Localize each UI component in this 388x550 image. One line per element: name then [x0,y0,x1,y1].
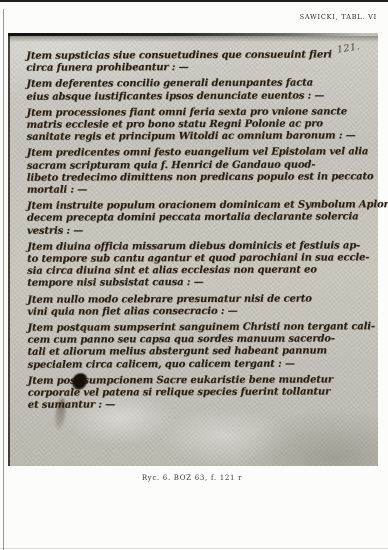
manuscript-line: vestris : — [37,224,371,238]
manuscript-line: corporale vel patena si relique species … [38,386,372,400]
manuscript-paragraph: Jtem deferentes concilio generali denunp… [26,78,370,104]
manuscript-paragraph: Jtem predicentes omni festo euangelium v… [27,147,371,197]
manuscript-line: tempore nisi subsistat causa : — [37,277,371,291]
manuscript-line: circa funera prohibeantur : — [36,61,370,75]
plate-caption: Ryc. 6. BOZ 63, f. 121 r [8,474,376,482]
page-bottom-border [0,548,388,549]
photo-top-edge [8,33,378,36]
manuscript-line: libeto tredecimo dimittens non predicans… [37,171,371,185]
manuscript-line: tali et aliorum melius abstergunt sed ha… [37,346,371,360]
manuscript-line: to tempore sub cantu agantur et quod par… [37,252,371,266]
manuscript-line: vini quia non fiet alias consecracio : — [37,305,371,319]
manuscript-line: et sumantur : — [38,399,372,413]
manuscript-photo: 121. Jtem supsticias siue consuetudines … [8,33,378,466]
page-top-border [0,0,388,2]
manuscript-paragraph: Jtem diuina officia missarum diebus domi… [27,240,371,290]
manuscript-line: specialem circa calicem, quo calicem ter… [38,358,372,372]
running-head: SAWICKI, TABL. VI [300,13,377,21]
manuscript-paragraph: Jtem postquam sumpserint sanguinem Chris… [27,321,371,371]
manuscript-line: mortali : — [37,183,371,197]
manuscript-paragraph: Jtem instruite populum oracionem dominic… [27,199,371,237]
page-left-border [3,9,4,550]
book-page: SAWICKI, TABL. VI 121. Jtem supsticias s… [0,0,388,550]
manuscript-text: Jtem supsticias siue consuetudines que c… [26,49,372,416]
manuscript-paragraph: Jtem nullo modo celebrare presumatur nis… [27,293,371,319]
manuscript-line: eius absque iustificantes ipsos denuncia… [36,90,370,104]
manuscript-line: sanitate regis et principum Witoldi ac o… [37,130,371,144]
manuscript-line: Jtem supsticias siue consuetudines que c… [36,49,370,63]
manuscript-paragraph: Jtem supsticias siue consuetudines que c… [26,49,370,75]
manuscript-line: Jtem predicentes omni festo euangelium v… [37,147,371,161]
manuscript-line: decem precepta domini peccata mortalia d… [37,212,371,226]
manuscript-paragraph: Jtem processiones fiant omni feria sexta… [26,106,370,144]
